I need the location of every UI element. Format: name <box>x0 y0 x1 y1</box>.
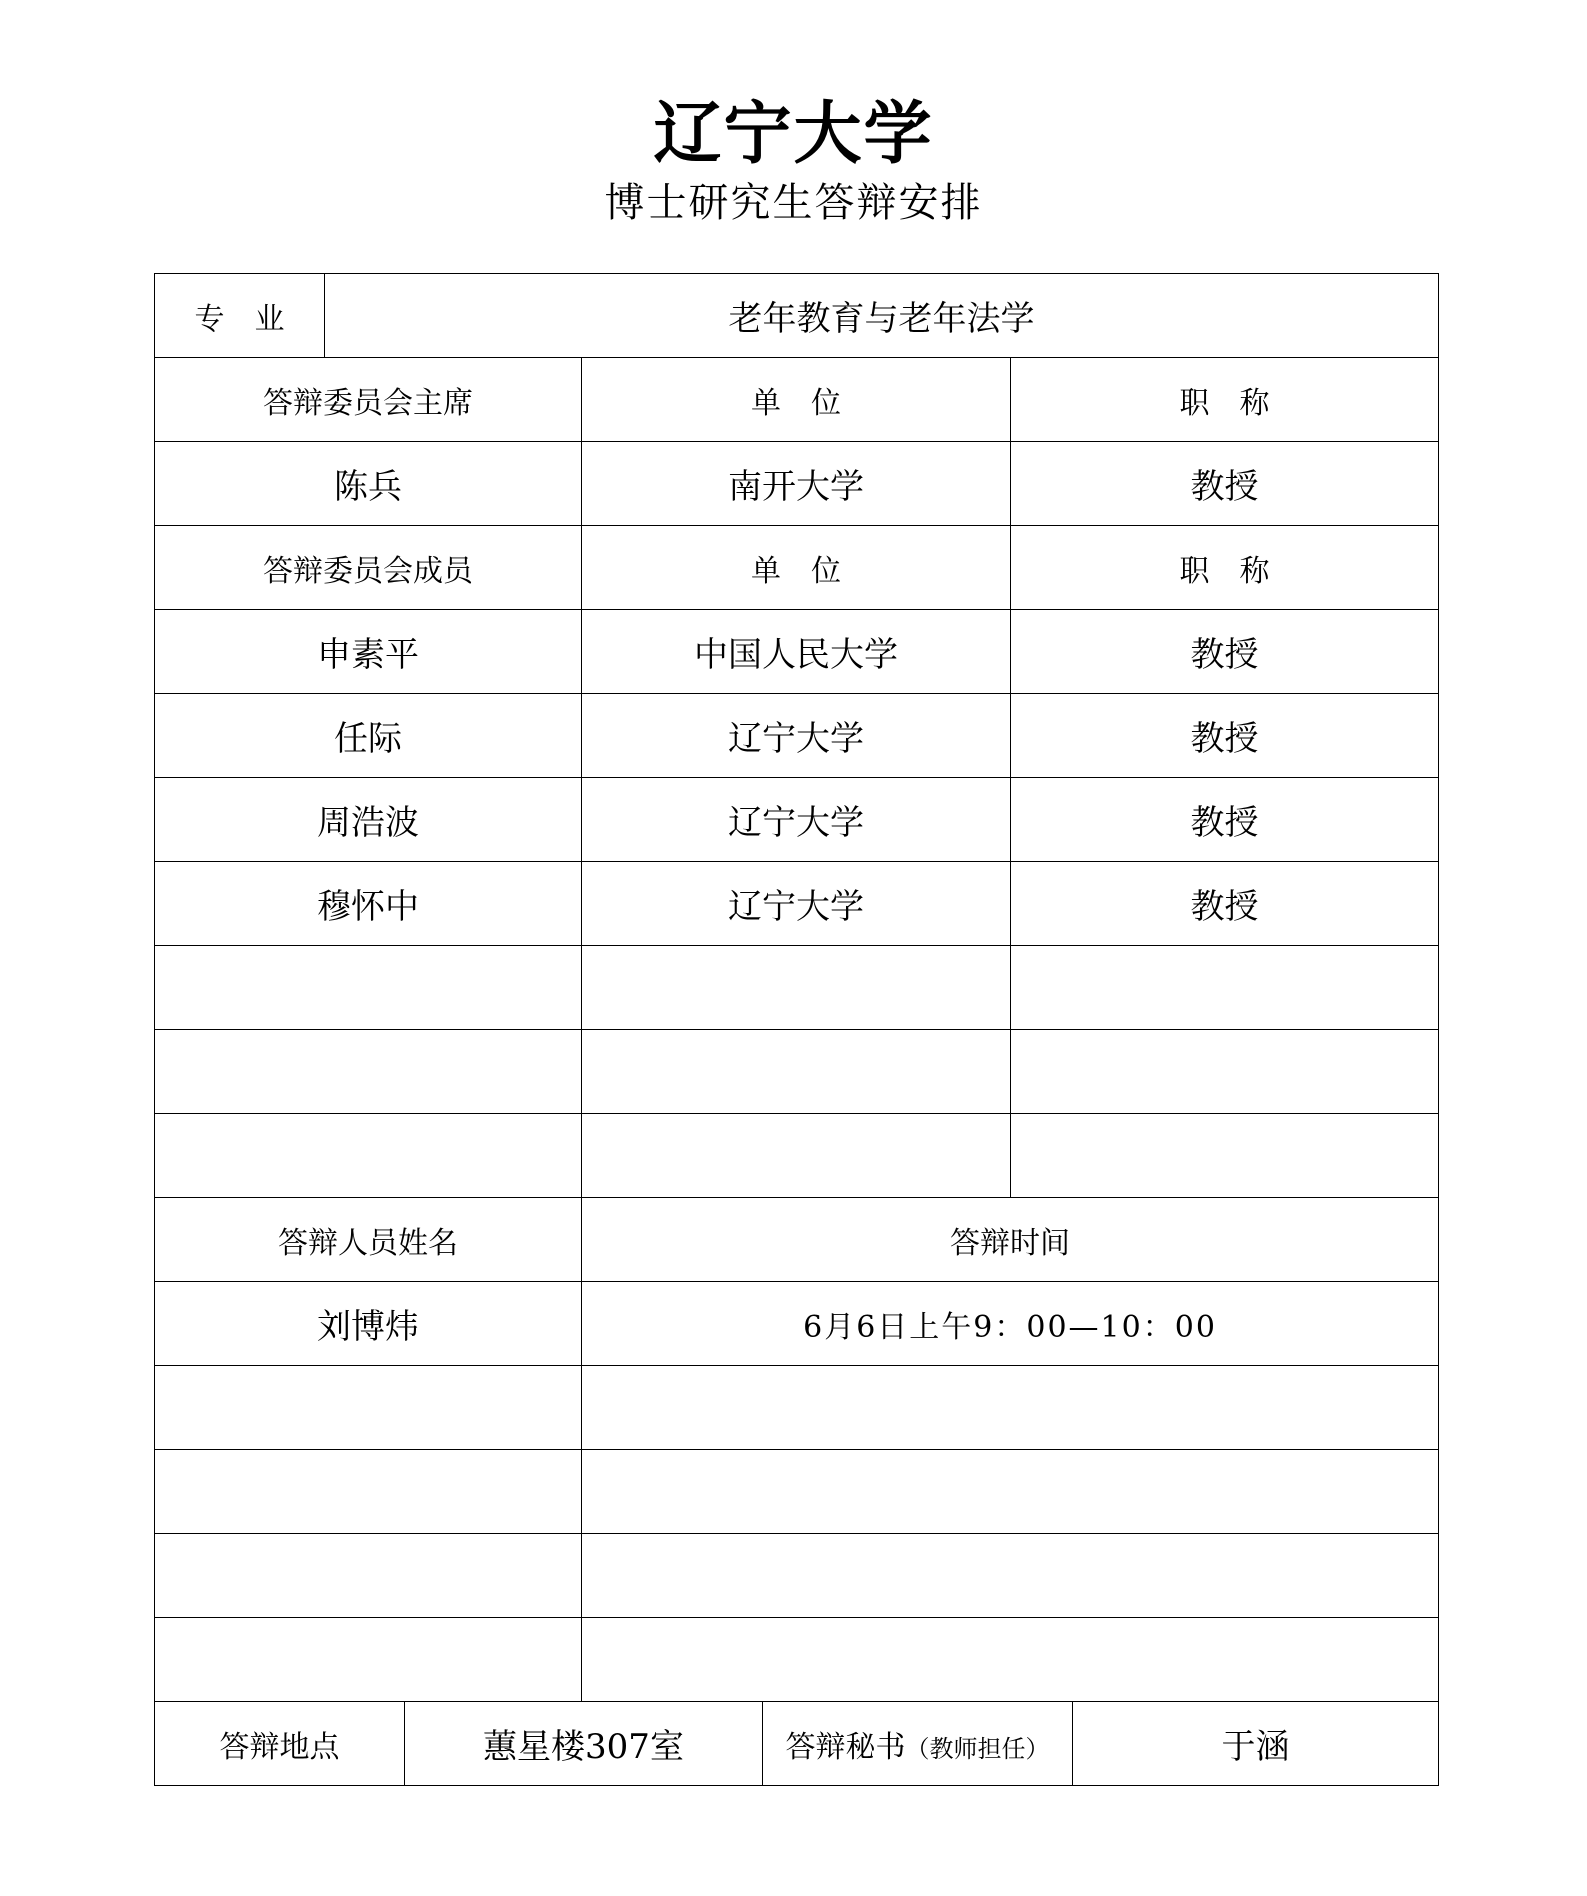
chair-row: 陈兵 南开大学 教授 <box>155 442 1439 526</box>
defendant-name <box>155 1534 582 1618</box>
member-unit <box>582 1030 1011 1114</box>
chair-name: 陈兵 <box>155 442 582 526</box>
chair-header-row: 答辩委员会主席 单 位 职 称 <box>155 358 1439 442</box>
member-name <box>155 946 582 1030</box>
defendant-name <box>155 1618 582 1702</box>
members-header-unit: 单 位 <box>582 526 1011 610</box>
defense-row-empty <box>155 1618 1439 1702</box>
member-unit: 辽宁大学 <box>582 862 1011 946</box>
member-name: 任际 <box>155 694 582 778</box>
major-row: 专 业 老年教育与老年法学 <box>155 274 1439 358</box>
members-header-name: 答辩委员会成员 <box>155 526 582 610</box>
location-value: 蕙星楼307室 <box>405 1702 763 1786</box>
member-row-empty <box>155 1030 1439 1114</box>
member-unit: 中国人民大学 <box>582 610 1011 694</box>
defense-time: 6月6日上午9：00—10：00 <box>582 1282 1439 1366</box>
member-title <box>1011 1114 1439 1198</box>
member-title: 教授 <box>1011 778 1439 862</box>
member-row-empty <box>155 946 1439 1030</box>
defense-row: 刘博炜 6月6日上午9：00—10：00 <box>155 1282 1439 1366</box>
member-title <box>1011 946 1439 1030</box>
university-title: 辽宁大学 <box>0 95 1587 175</box>
member-name <box>155 1030 582 1114</box>
member-row: 穆怀中 辽宁大学 教授 <box>155 862 1439 946</box>
defense-row-empty <box>155 1534 1439 1618</box>
defense-schedule-table: 专 业 老年教育与老年法学 答辩委员会主席 单 位 职 称 陈兵 南开大学 教授… <box>154 273 1439 1786</box>
member-unit: 辽宁大学 <box>582 694 1011 778</box>
member-row-empty <box>155 1114 1439 1198</box>
defense-time <box>582 1450 1439 1534</box>
defense-header-row: 答辩人员姓名 答辩时间 <box>155 1198 1439 1282</box>
member-unit <box>582 1114 1011 1198</box>
member-row: 申素平 中国人民大学 教授 <box>155 610 1439 694</box>
chair-title: 教授 <box>1011 442 1439 526</box>
document-subtitle: 博士研究生答辩安排 <box>0 175 1587 231</box>
member-title: 教授 <box>1011 610 1439 694</box>
location-label: 答辩地点 <box>155 1702 405 1786</box>
defendant-name <box>155 1366 582 1450</box>
member-row: 任际 辽宁大学 教授 <box>155 694 1439 778</box>
defense-time <box>582 1366 1439 1450</box>
defense-row-empty <box>155 1366 1439 1450</box>
members-header-title: 职 称 <box>1011 526 1439 610</box>
member-title: 教授 <box>1011 862 1439 946</box>
member-unit: 辽宁大学 <box>582 778 1011 862</box>
chair-header-title: 职 称 <box>1011 358 1439 442</box>
member-name: 申素平 <box>155 610 582 694</box>
member-name: 穆怀中 <box>155 862 582 946</box>
defense-header-name: 答辩人员姓名 <box>155 1198 582 1282</box>
member-name: 周浩波 <box>155 778 582 862</box>
chair-unit: 南开大学 <box>582 442 1011 526</box>
footer-row: 答辩地点 蕙星楼307室 答辩秘书（教师担任） 于涵 <box>155 1702 1439 1786</box>
member-row: 周浩波 辽宁大学 教授 <box>155 778 1439 862</box>
defendant-name: 刘博炜 <box>155 1282 582 1366</box>
defendant-name <box>155 1450 582 1534</box>
major-label: 专 业 <box>155 274 325 358</box>
members-header-row: 答辩委员会成员 单 位 职 称 <box>155 526 1439 610</box>
secretary-label-cell: 答辩秘书（教师担任） <box>763 1702 1073 1786</box>
member-unit <box>582 946 1011 1030</box>
member-title <box>1011 1030 1439 1114</box>
member-title: 教授 <box>1011 694 1439 778</box>
defense-header-time: 答辩时间 <box>582 1198 1439 1282</box>
chair-header-name: 答辩委员会主席 <box>155 358 582 442</box>
defense-time <box>582 1534 1439 1618</box>
secretary-note: （教师担任） <box>906 1735 1050 1763</box>
chair-header-unit: 单 位 <box>582 358 1011 442</box>
member-name <box>155 1114 582 1198</box>
secretary-label: 答辩秘书 <box>786 1730 906 1765</box>
defense-row-empty <box>155 1450 1439 1534</box>
defense-time <box>582 1618 1439 1702</box>
secretary-value: 于涵 <box>1073 1702 1439 1786</box>
major-value: 老年教育与老年法学 <box>325 274 1439 358</box>
